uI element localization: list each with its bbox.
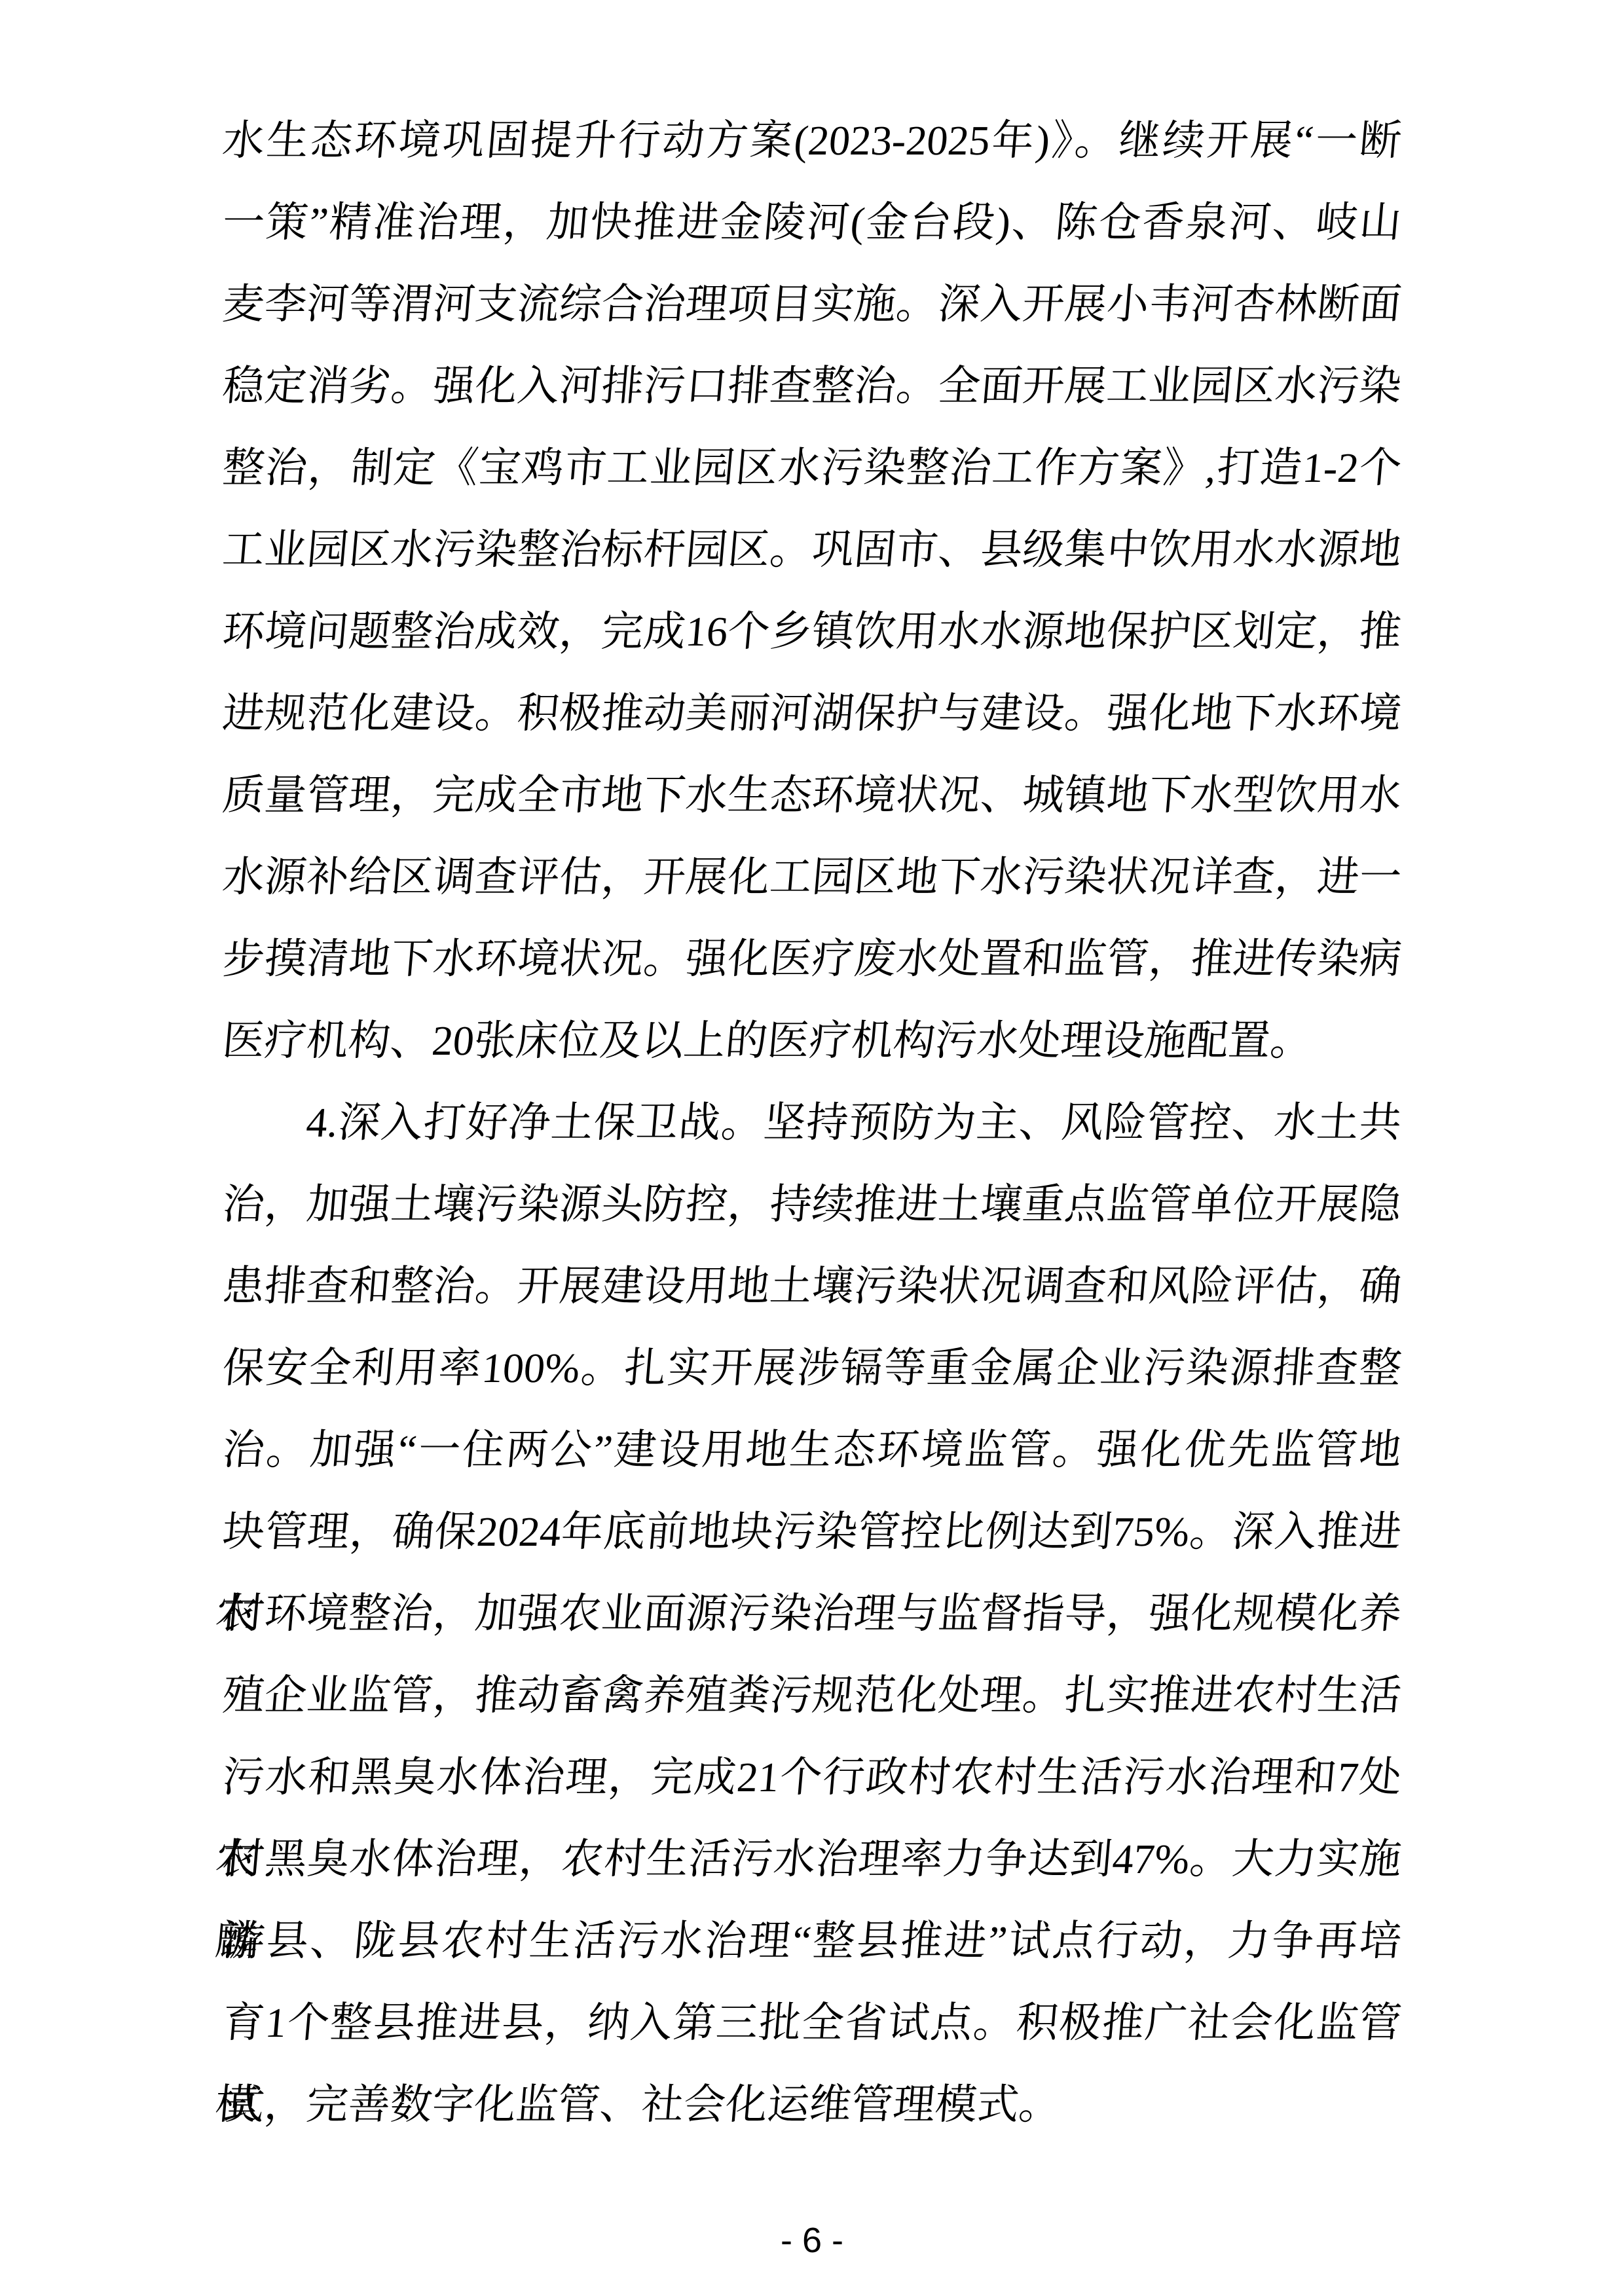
text-line: 患排查和整治。开展建设用地土壤污染状况调查和风险评估，确 [219,1245,1405,1327]
text-line: 一策”精准治理，加快推进金陵河(金台段)、陈仓香泉河、岐山 [219,181,1405,263]
text-line: 式，完善数字化监管、社会化运维管理模式。 [219,2064,1405,2145]
document-body: 水生态环境巩固提升行动方案(2023-2025年)》。继续开展“一断一策”精准治… [223,100,1401,2145]
text-line: 块管理，确保2024年底前地块污染管控比例达到75%。深入推进农 [219,1491,1405,1573]
text-line: 污水和黑臭水体治理，完成21个行政村农村生活污水治理和7处农 [219,1736,1405,1818]
text-line: 医疗机构、20张床位及以上的医疗机构污水处理设施配置。 [219,1000,1405,1082]
text-line: 稳定消劣。强化入河排污口排查整治。全面开展工业园区水污染 [219,345,1405,427]
text-line: 治，加强土壤污染源头防控，持续推进土壤重点监管单位开展隐 [219,1163,1405,1245]
text-line: 进规范化建设。积极推动美丽河湖保护与建设。强化地下水环境 [219,672,1405,754]
text-line: 工业园区水污染整治标杆园区。巩固市、县级集中饮用水水源地 [219,509,1405,591]
text-line: 麦李河等渭河支流综合治理项目实施。深入开展小韦河杏林断面 [219,263,1405,345]
text-line: 整治，制定《宝鸡市工业园区水污染整治工作方案》,打造1-2个 [219,427,1405,509]
text-line: 质量管理，完成全市地下水生态环境状况、城镇地下水型饮用水 [219,754,1405,836]
document-page: 水生态环境巩固提升行动方案(2023-2025年)》。继续开展“一断一策”精准治… [0,0,1624,2296]
text-line: 村黑臭水体治理，农村生活污水治理率力争达到47%。大力实施麟 [219,1818,1405,1900]
text-line: 育1个整县推进县，纳入第三批全省试点。积极推广社会化监管模 [219,1982,1405,2064]
paragraph: 4.深入打好净土保卫战。坚持预防为主、风险管控、水土共治，加强土壤污染源头防控，… [223,1082,1401,2145]
paragraph: 水生态环境巩固提升行动方案(2023-2025年)》。继续开展“一断一策”精准治… [223,100,1401,1082]
page-number: - 6 - [0,2219,1624,2261]
text-line: 保安全利用率100%。扎实开展涉镉等重金属企业污染源排查整 [219,1327,1405,1409]
text-line: 水生态环境巩固提升行动方案(2023-2025年)》。继续开展“一断 [219,100,1405,181]
text-line: 步摸清地下水环境状况。强化医疗废水处置和监管，推进传染病 [219,918,1405,1000]
text-line: 殖企业监管，推动畜禽养殖粪污规范化处理。扎实推进农村生活 [219,1654,1405,1736]
text-line: 游县、陇县农村生活污水治理“整县推进”试点行动，力争再培 [219,1900,1405,1982]
text-line: 4.深入打好净土保卫战。坚持预防为主、风险管控、水土共 [219,1082,1405,1163]
text-line: 村环境整治，加强农业面源污染治理与监督指导，强化规模化养 [219,1573,1405,1654]
text-line: 环境问题整治成效，完成16个乡镇饮用水水源地保护区划定，推 [219,591,1405,672]
text-line: 水源补给区调查评估，开展化工园区地下水污染状况详查，进一 [219,836,1405,918]
text-line: 治。加强“一住两公”建设用地生态环境监管。强化优先监管地 [219,1409,1405,1491]
